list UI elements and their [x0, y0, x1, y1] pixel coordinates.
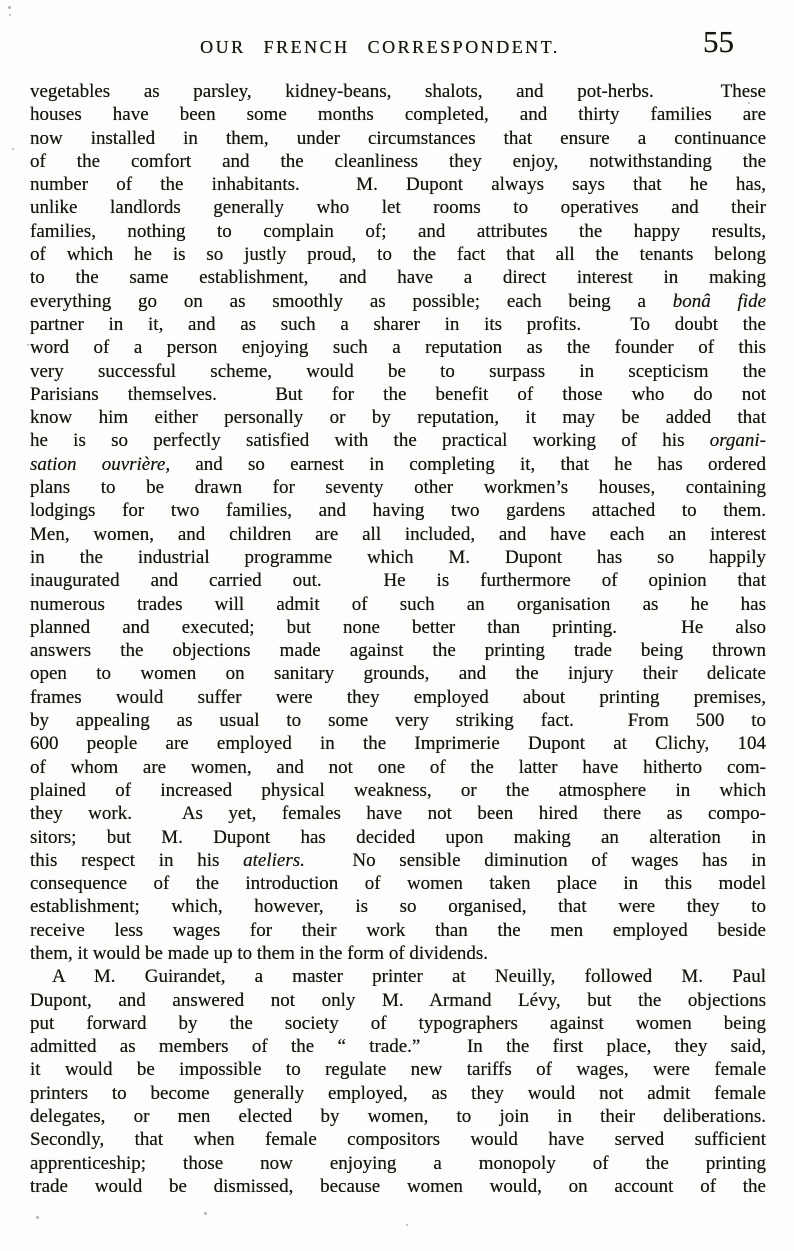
scan-speck	[748, 102, 750, 104]
text-segment: answers the objections made against the …	[30, 640, 766, 661]
paragraph: A M. Guirandet, a master printer at Neui…	[30, 965, 766, 1198]
text-line: 600 people are employed in the Imprimeri…	[30, 732, 766, 755]
text-line: know him either personally or by reputat…	[30, 406, 766, 429]
text-line: them, it would be made up to them in the…	[30, 942, 766, 965]
text-line: numerous trades will admit of such an or…	[30, 593, 766, 616]
text-segment: open to women on sanitary grounds, and t…	[30, 663, 766, 684]
text-line: partner in it, and as such a sharer in i…	[30, 313, 766, 336]
text-line: word of a person enjoying such a reputat…	[30, 336, 766, 359]
text-line: frames would suffer were they employed a…	[30, 686, 766, 709]
text-line: delegates, or men elected by women, to j…	[30, 1105, 766, 1128]
text-segment: frames would suffer were they employed a…	[30, 687, 766, 708]
text-segment: and so earnest in completing it, that he…	[170, 454, 766, 475]
text-segment: of whom are women, and not one of the la…	[30, 757, 766, 778]
text-segment: sitors; but M. Dupont has decided upon m…	[30, 827, 766, 848]
text-segment: establishment; which, however, is so org…	[30, 896, 766, 917]
text-line: houses have been some months completed, …	[30, 103, 766, 126]
text-line: number of the inhabitants. M. Dupont alw…	[30, 173, 766, 196]
text-line: they work. As yet, females have not been…	[30, 802, 766, 825]
text-segment: know him either personally or by reputat…	[30, 407, 766, 428]
text-segment: of which he is so justly proud, to the f…	[30, 244, 766, 265]
text-line: everything go on as smoothly as possible…	[30, 290, 766, 313]
text-line: printers to become generally employed, a…	[30, 1082, 766, 1105]
italic-text: sation ouvrière,	[30, 454, 170, 475]
text-line: plained of increased physical weakness, …	[30, 779, 766, 802]
text-line: sitors; but M. Dupont has decided upon m…	[30, 826, 766, 849]
text-line: Dupont, and answered not only M. Armand …	[30, 989, 766, 1012]
text-line: very successful scheme, would be to surp…	[30, 360, 766, 383]
scan-speck	[9, 14, 11, 16]
text-segment: now installed in them, under circumstanc…	[30, 128, 766, 149]
text-line: to the same establishment, and have a di…	[30, 266, 766, 289]
text-line: this respect in his ateliers. No sensibl…	[30, 849, 766, 872]
text-line: of which he is so justly proud, to the f…	[30, 243, 766, 266]
text-line: A M. Guirandet, a master printer at Neui…	[30, 965, 766, 988]
text-line: trade would be dismissed, because women …	[30, 1175, 766, 1198]
text-segment: houses have been some months completed, …	[30, 104, 766, 125]
text-segment: lodgings for two families, and having tw…	[30, 500, 766, 521]
text-line: of the comfort and the cleanliness they …	[30, 150, 766, 173]
text-line: unlike landlords generally who let rooms…	[30, 196, 766, 219]
text-segment: numerous trades will admit of such an or…	[30, 594, 766, 615]
page-body: vegetables as parsley, kidney-beans, sha…	[30, 80, 766, 1198]
text-segment: plained of increased physical weakness, …	[30, 780, 766, 801]
text-segment: Men, women, and children are all include…	[30, 524, 766, 545]
text-line: vegetables as parsley, kidney-beans, sha…	[30, 80, 766, 103]
text-line: it would be impossible to regulate new t…	[30, 1058, 766, 1081]
text-line: answers the objections made against the …	[30, 639, 766, 662]
scan-speck	[8, 6, 11, 9]
text-segment: No sensible diminution of wages has in	[305, 850, 766, 871]
text-line: lodgings for two families, and having tw…	[30, 499, 766, 522]
scanned-page: OUR FRENCH CORRESPONDENT. 55 vegetables …	[0, 0, 794, 1251]
text-segment: in the industrial programme which M. Dup…	[30, 547, 766, 568]
scan-speck	[12, 148, 14, 150]
page-title: OUR FRENCH CORRESPONDENT.	[30, 37, 730, 58]
text-segment: consequence of the introduction of women…	[30, 873, 766, 894]
text-segment: they work. As yet, females have not been…	[30, 803, 766, 824]
paragraph: vegetables as parsley, kidney-beans, sha…	[30, 80, 766, 965]
text-segment: receive less wages for their work than t…	[30, 920, 766, 941]
text-line: admitted as members of the “ trade.” In …	[30, 1035, 766, 1058]
text-segment: Dupont, and answered not only M. Armand …	[30, 990, 766, 1011]
italic-text: organi-	[710, 430, 766, 451]
text-line: receive less wages for their work than t…	[30, 919, 766, 942]
text-line: in the industrial programme which M. Dup…	[30, 546, 766, 569]
italic-text: bonâ fide	[673, 291, 766, 312]
scan-speck	[204, 1212, 207, 1215]
text-segment: apprenticeship; those now enjoying a mon…	[30, 1153, 766, 1174]
text-line: plans to be drawn for seventy other work…	[30, 476, 766, 499]
text-segment: printers to become generally employed, a…	[30, 1083, 766, 1104]
text-line: planned and executed; but none better th…	[30, 616, 766, 639]
text-segment: them, it would be made up to them in the…	[30, 943, 488, 964]
text-segment: this respect in his	[30, 850, 243, 871]
text-segment: Secondly, that when female compositors w…	[30, 1129, 766, 1150]
text-segment: planned and executed; but none better th…	[30, 617, 766, 638]
text-segment: trade would be dismissed, because women …	[30, 1176, 766, 1197]
scan-speck	[27, 344, 29, 346]
text-segment: Parisians themselves. But for the benefi…	[30, 384, 766, 405]
text-segment: everything go on as smoothly as possible…	[30, 291, 673, 312]
text-segment: put forward by the society of typographe…	[30, 1013, 766, 1034]
text-segment: inaugurated and carried out. He is furth…	[30, 570, 766, 591]
text-segment: A M. Guirandet, a master printer at Neui…	[52, 966, 766, 987]
text-segment: delegates, or men elected by women, to j…	[30, 1106, 766, 1127]
text-segment: by appealing as usual to some very strik…	[30, 710, 766, 731]
text-line: put forward by the society of typographe…	[30, 1012, 766, 1035]
text-line: Secondly, that when female compositors w…	[30, 1128, 766, 1151]
text-segment: families, nothing to complain of; and at…	[30, 221, 766, 242]
text-line: by appealing as usual to some very strik…	[30, 709, 766, 732]
text-segment: of the comfort and the cleanliness they …	[30, 151, 766, 172]
text-line: consequence of the introduction of women…	[30, 872, 766, 895]
text-line: of whom are women, and not one of the la…	[30, 756, 766, 779]
text-line: open to women on sanitary grounds, and t…	[30, 662, 766, 685]
text-segment: number of the inhabitants. M. Dupont alw…	[30, 174, 766, 195]
scan-speck	[406, 1224, 408, 1226]
text-line: families, nothing to complain of; and at…	[30, 220, 766, 243]
text-segment: admitted as members of the “ trade.” In …	[30, 1036, 766, 1057]
text-line: he is so perfectly satisfied with the pr…	[30, 429, 766, 452]
scan-speck	[36, 1216, 39, 1219]
text-line: Men, women, and children are all include…	[30, 523, 766, 546]
text-segment: unlike landlords generally who let rooms…	[30, 197, 766, 218]
text-line: Parisians themselves. But for the benefi…	[30, 383, 766, 406]
text-segment: partner in it, and as such a sharer in i…	[30, 314, 766, 335]
text-line: apprenticeship; those now enjoying a mon…	[30, 1152, 766, 1175]
text-segment: very successful scheme, would be to surp…	[30, 361, 766, 382]
text-segment: he is so perfectly satisfied with the pr…	[30, 430, 710, 451]
text-segment: 600 people are employed in the Imprimeri…	[30, 733, 766, 754]
text-segment: word of a person enjoying such a reputat…	[30, 337, 766, 358]
text-segment: vegetables as parsley, kidney-beans, sha…	[30, 81, 766, 102]
text-line: establishment; which, however, is so org…	[30, 895, 766, 918]
page-number: 55	[703, 26, 734, 57]
text-segment: to the same establishment, and have a di…	[30, 267, 766, 288]
text-segment: plans to be drawn for seventy other work…	[30, 477, 766, 498]
text-line: sation ouvrière, and so earnest in compl…	[30, 453, 766, 476]
italic-text: ateliers.	[243, 850, 305, 871]
text-line: now installed in them, under circumstanc…	[30, 127, 766, 150]
text-line: inaugurated and carried out. He is furth…	[30, 569, 766, 592]
text-segment: it would be impossible to regulate new t…	[30, 1059, 766, 1080]
